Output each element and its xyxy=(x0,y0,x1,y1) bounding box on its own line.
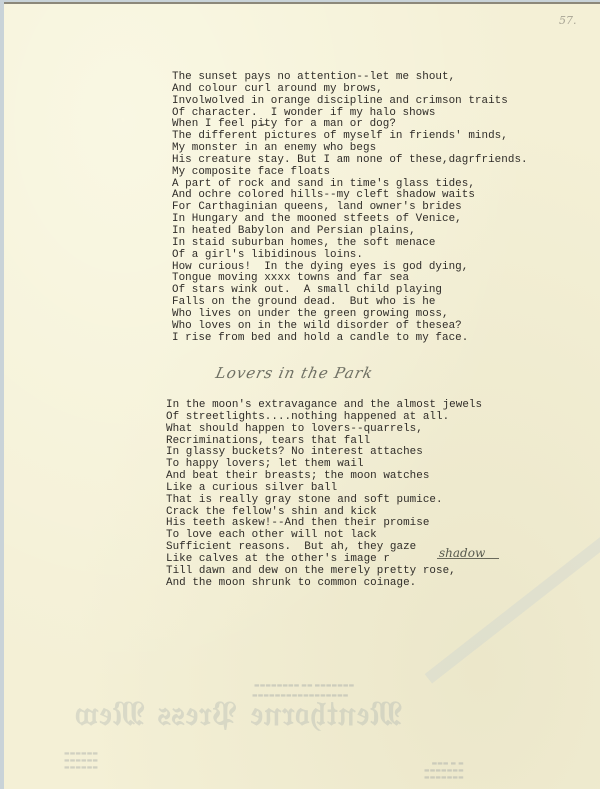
poem-line: Till dawn and dew on the merely pretty r… xyxy=(166,566,482,578)
poem-line: In staid suburban homes, the soft menace xyxy=(172,238,528,250)
letterhead-small-text: ▬▬▬▬▬▬ ▬▬▬▬▬▬ ▬▬▬▬▬▬ xyxy=(64,750,98,771)
poem-1: The sunset pays no attention--let me sho… xyxy=(172,72,528,344)
handwritten-insertion: shadow xyxy=(437,548,499,559)
poem-line: Involwolved in orange discipline and cri… xyxy=(172,96,528,108)
poem-line: Of a girl's libidinous loins. xyxy=(172,250,528,262)
handwritten-title: Lovers in the Park xyxy=(214,364,375,382)
poem-line: And colour curl around my brows, xyxy=(172,84,528,96)
letterhead-blackletter: 𝔐𝔢𝔫𝔱𝔥𝔬𝔯𝔫𝔢 𝔓𝔯𝔢𝔰𝔰 𝔐𝔢𝔴 xyxy=(74,694,402,734)
poem-line: Who loves on in the wild disorder of the… xyxy=(172,321,528,333)
page-number: 57. xyxy=(559,14,577,27)
poem-2: In the moon's extravagance and the almos… xyxy=(166,400,482,590)
letterhead-small-text: ▬ ▬ ▬▬▬ ▬▬▬▬▬▬▬ ▬▬▬▬▬▬▬ xyxy=(424,760,464,781)
poem-line: What should happen to lovers--quarrels, xyxy=(166,424,482,436)
poem-line: Who lives on under the green growing mos… xyxy=(172,309,528,321)
poem-line: Of streetlights....nothing happened at a… xyxy=(166,412,482,424)
letterhead-small-text: ▬▬▬▬▬▬▬ ▬▬ ▬▬▬▬▬▬▬▬ xyxy=(254,682,354,689)
letterhead-showthrough: ▬▬▬▬▬▬▬ ▬▬ ▬▬▬▬▬▬▬▬ ▬▬▬▬▬▬▬▬▬▬▬▬▬▬▬▬▬ 𝔐𝔢… xyxy=(4,642,600,789)
poem-line: I rise from bed and hold a candle to my … xyxy=(172,333,528,345)
letterhead-small-text: ▬▬▬▬▬▬▬▬▬▬▬▬▬▬▬▬▬ xyxy=(252,692,348,699)
document-page: 57. The sunset pays no attention--let me… xyxy=(4,2,600,789)
poem-line: My composite face floats xyxy=(172,167,528,179)
poem-line: His creature stay. But I am none of thes… xyxy=(172,155,528,167)
poem-line: That is really gray stone and soft pumic… xyxy=(166,495,482,507)
poem-line: And the moon shrunk to common coinage. xyxy=(166,578,482,590)
poem-line: Like a curious silver ball xyxy=(166,483,482,495)
